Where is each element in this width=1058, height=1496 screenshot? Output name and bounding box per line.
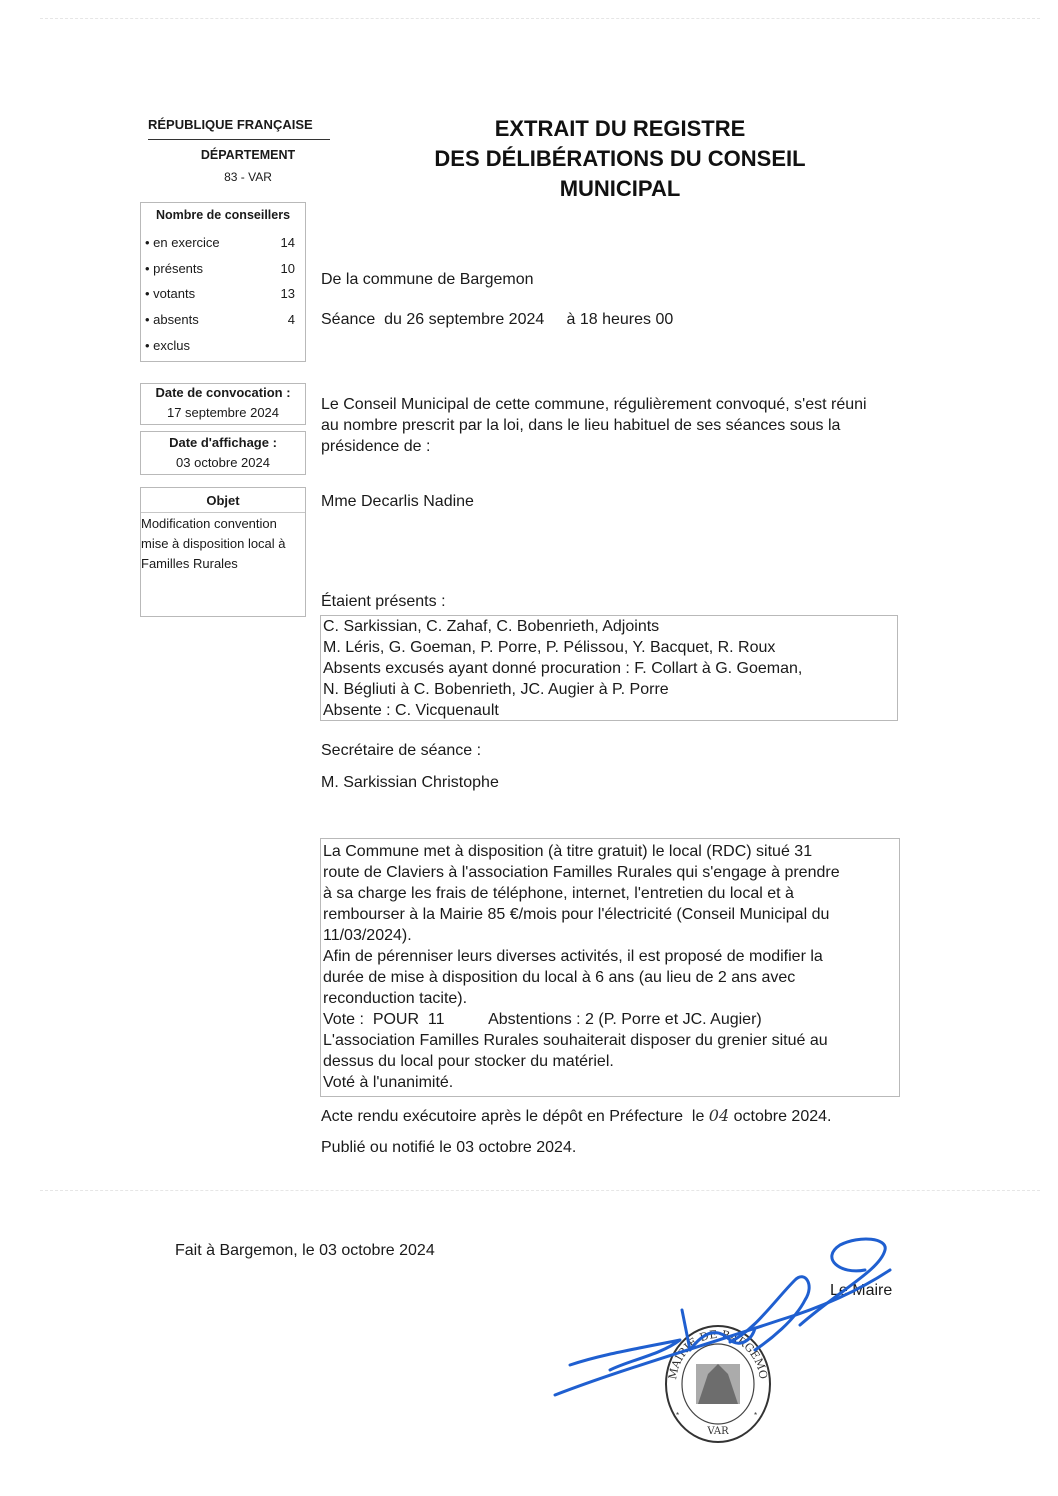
- conseillers-title: Nombre de conseillers: [141, 208, 305, 222]
- title-line: MUNICIPAL: [370, 174, 870, 204]
- deliberation-line: 11/03/2024).: [323, 925, 412, 946]
- svg-text:*: *: [676, 1411, 679, 1420]
- mayor-signature-icon: [540, 1230, 920, 1410]
- presents-label: Étaient présents :: [321, 591, 446, 612]
- deliberation-line: La Commune met à disposition (à titre gr…: [323, 841, 812, 862]
- deliberation-line: L'association Familles Rurales souhaiter…: [323, 1030, 828, 1051]
- row-value: 10: [281, 261, 295, 276]
- row-value: 4: [288, 312, 295, 327]
- departement-value: 83 - VAR: [148, 170, 348, 184]
- row-value: 13: [281, 286, 295, 301]
- departement-label: DÉPARTEMENT: [148, 148, 348, 162]
- row-label: • absents: [145, 312, 199, 327]
- deliberation-box: La Commune met à disposition (à titre gr…: [320, 838, 900, 1097]
- publie-line: Publié ou notifié le 03 octobre 2024.: [321, 1137, 576, 1158]
- presents-line: Absente : C. Vicquenault: [323, 700, 499, 721]
- objet-box: Objet Modification convention mise à dis…: [140, 487, 306, 617]
- presents-box: C. Sarkissian, C. Zahaf, C. Bobenrieth, …: [320, 615, 898, 721]
- fait-a-line: Fait à Bargemon, le 03 octobre 2024: [175, 1240, 435, 1261]
- handwritten-day: 04: [709, 1106, 729, 1125]
- seance-date-line: Séance du 26 septembre 2024 à 18 heures …: [321, 309, 673, 330]
- affichage-date: 03 octobre 2024: [141, 455, 305, 470]
- objet-line: mise à disposition local à: [141, 534, 305, 554]
- row-label: • présents: [145, 261, 203, 276]
- deliberation-line: rembourser à la Mairie 85 €/mois pour l'…: [323, 904, 829, 925]
- deliberation-line: à sa charge les frais de téléphone, inte…: [323, 883, 794, 904]
- presents-line: C. Sarkissian, C. Zahaf, C. Bobenrieth, …: [323, 616, 659, 637]
- row-label: • en exercice: [145, 235, 220, 250]
- objet-text: Modification convention mise à dispositi…: [141, 514, 305, 574]
- title-line: DES DÉLIBÉRATIONS DU CONSEIL: [370, 144, 870, 174]
- deliberation-line: dessus du local pour stocker du matériel…: [323, 1051, 614, 1072]
- secretaire-name: M. Sarkissian Christophe: [321, 772, 499, 793]
- executoire-suffix: octobre 2024.: [729, 1108, 831, 1125]
- executoire-line: Acte rendu exécutoire après le dépôt en …: [321, 1105, 831, 1127]
- republique-francaise-label: RÉPUBLIQUE FRANÇAISE: [148, 117, 330, 132]
- affichage-box: Date d'affichage : 03 octobre 2024: [140, 431, 306, 475]
- objet-header: Objet: [141, 488, 305, 513]
- presents-line: M. Léris, G. Goeman, P. Porre, P. Péliss…: [323, 637, 775, 658]
- scan-artifact: [40, 18, 1040, 19]
- objet-label: Objet: [141, 493, 305, 508]
- title-line: EXTRAIT DU REGISTRE: [370, 114, 870, 144]
- row-label: • votants: [145, 286, 195, 301]
- svg-text:VAR: VAR: [706, 1426, 729, 1437]
- scan-artifact: [40, 1190, 1040, 1191]
- preamble-text: Le Conseil Municipal de cette commune, r…: [321, 394, 881, 457]
- executoire-prefix: Acte rendu exécutoire après le dépôt en …: [321, 1108, 709, 1125]
- objet-line: Familles Rurales: [141, 554, 305, 574]
- deliberation-line: Voté à l'unanimité.: [323, 1072, 453, 1093]
- president-name: Mme Decarlis Nadine: [321, 491, 474, 512]
- presents-line: N. Bégliuti à C. Bobenrieth, JC. Augier …: [323, 679, 669, 700]
- deliberation-line: reconduction tacite).: [323, 988, 467, 1009]
- objet-line: Modification convention: [141, 514, 305, 534]
- svg-text:*: *: [754, 1411, 757, 1420]
- deliberation-line: durée de mise à disposition du local à 6…: [323, 967, 795, 988]
- commune-line: De la commune de Bargemon: [321, 269, 534, 290]
- deliberation-line: Afin de pérenniser leurs diverses activi…: [323, 946, 823, 967]
- document-title: EXTRAIT DU REGISTRE DES DÉLIBÉRATIONS DU…: [370, 114, 870, 204]
- convocation-box: Date de convocation : 17 septembre 2024: [140, 383, 306, 425]
- row-label: • exclus: [145, 338, 190, 353]
- secretaire-label: Secrétaire de séance :: [321, 740, 481, 761]
- convocation-date: 17 septembre 2024: [141, 405, 305, 420]
- presents-line: Absents excusés ayant donné procuration …: [323, 658, 802, 679]
- convocation-label: Date de convocation :: [141, 385, 305, 400]
- vote-line: Vote : POUR 11 Abstentions : 2 (P. Porre…: [323, 1009, 762, 1030]
- affichage-label: Date d'affichage :: [141, 435, 305, 450]
- header-rule: [148, 139, 330, 140]
- row-value: 14: [281, 235, 295, 250]
- conseillers-box: Nombre de conseillers • en exercice 14 •…: [140, 202, 306, 362]
- deliberation-line: route de Claviers à l'association Famill…: [323, 862, 840, 883]
